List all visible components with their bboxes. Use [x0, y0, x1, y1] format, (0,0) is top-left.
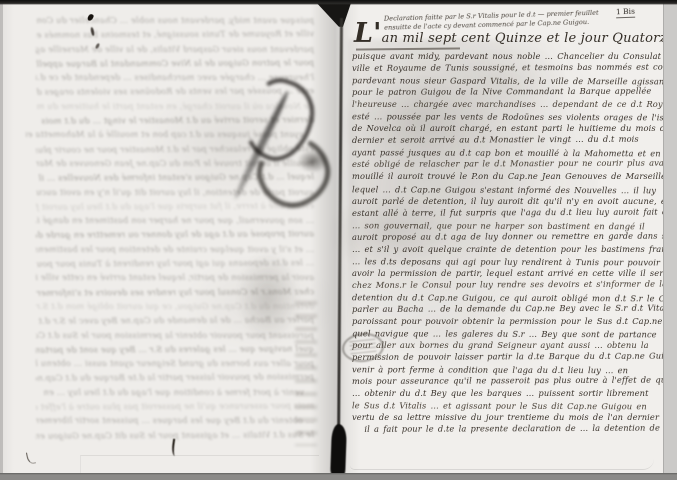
manuscript-line: estant allé à terre, il fut surpris que … — [352, 206, 656, 219]
bleedthrough-line: mois pour asseurance qu'il ne passeroit … — [36, 400, 314, 416]
right-page: 1 Bis Declaration faitte par le S.r Vita… — [330, 3, 664, 473]
manuscript-line: chez Mons.r le Consul pour luy rendre se… — [352, 279, 656, 292]
bleedthrough-line: auroit proposé au d.t aga de luy donner … — [36, 229, 314, 245]
bleedthrough-line: puisque avant midy, pardevant nous noble… — [36, 15, 314, 29]
scan-edge-top — [0, 0, 677, 5]
manuscript-line: ville et Royaume de Tunis soussigné, et … — [352, 62, 656, 75]
opening-line: L'an mil sept cent Quinze et le jour Qua… — [354, 27, 654, 46]
bleedthrough-line: … son gouvernail, que pour ne harper son… — [36, 215, 314, 229]
manuscript-line: dernier et seroit arrivé au d.t Monastie… — [352, 134, 656, 147]
bleedthrough-line: ville et Royaume de Tunis soussigné, et … — [36, 29, 314, 45]
ink-smudge — [236, 249, 300, 344]
manuscript-lines: puisque avant midy, pardevant nous noble… — [352, 51, 656, 437]
manuscript-line: pour le patron Guigou de la Nive Command… — [352, 86, 656, 99]
bleedthrough-line: pour le patron Guigou de la Nive Command… — [36, 57, 314, 73]
scan-edge-right — [663, 0, 677, 480]
gutter-shadow — [310, 0, 360, 476]
bleedthrough-line: venir à port ferme à condition que l'aga… — [26, 387, 304, 401]
manuscript-line: parler au Bacha … de la demande du Cap.n… — [352, 303, 656, 316]
ink-mark — [26, 451, 36, 464]
bleedthrough-line: permission de pouvoir laisser partir la … — [36, 372, 314, 388]
manuscript-line: … et s'il y avoit quelque crainte de det… — [352, 244, 656, 256]
manuscript-line: mouillé il auroit trouvé le P.on du Cap.… — [352, 171, 656, 183]
manuscript-line: esté obligé de relascher par le d.t Mona… — [352, 158, 656, 171]
scan-edge-bottom — [0, 473, 677, 480]
bleedthrough-line: … obtenir du d.t Bey que les barques … p… — [36, 415, 314, 429]
manuscript-line: permission de pouvoir laisser partir la … — [352, 351, 656, 364]
bleedthrough-line: pour aller aux bornes du grand Seigneur … — [36, 358, 314, 372]
manuscript-line: … obtenir du d.t Bey que les barques … p… — [352, 388, 656, 400]
bleedthrough-line: pardevant nous sieur Gaspard Vitalis, de… — [36, 44, 314, 58]
manuscript-line: mois pour asseurance qu'il ne passeroit … — [352, 375, 656, 388]
manuscript-line: auroit parlé de detention, il luy auroit… — [352, 196, 656, 208]
manuscript-line: auroit proposé au d.t aga de luy donner … — [352, 230, 656, 243]
left-page: puisque avant midy, pardevant nous noble… — [0, 3, 330, 477]
manuscript-scan: puisque avant midy, pardevant nous noble… — [0, 0, 677, 480]
bleedthrough-line: estant allé à terre, il fut surpris que … — [36, 200, 314, 216]
ink-mark — [171, 439, 179, 457]
manuscript-line: il a fait pour le d.te la presente decla… — [352, 423, 656, 436]
scan-edge-left — [0, 0, 3, 480]
bleedthrough-line: quel navigue que … les galeres du S.r … … — [36, 343, 314, 359]
manuscript-line: l'heureuse … chargée avec marchandises …… — [352, 99, 656, 111]
manuscript-line: paroissant pour pouvoir obtenir la permi… — [352, 316, 656, 328]
spine-ink-blob — [330, 424, 347, 480]
page-crease — [350, 459, 654, 470]
